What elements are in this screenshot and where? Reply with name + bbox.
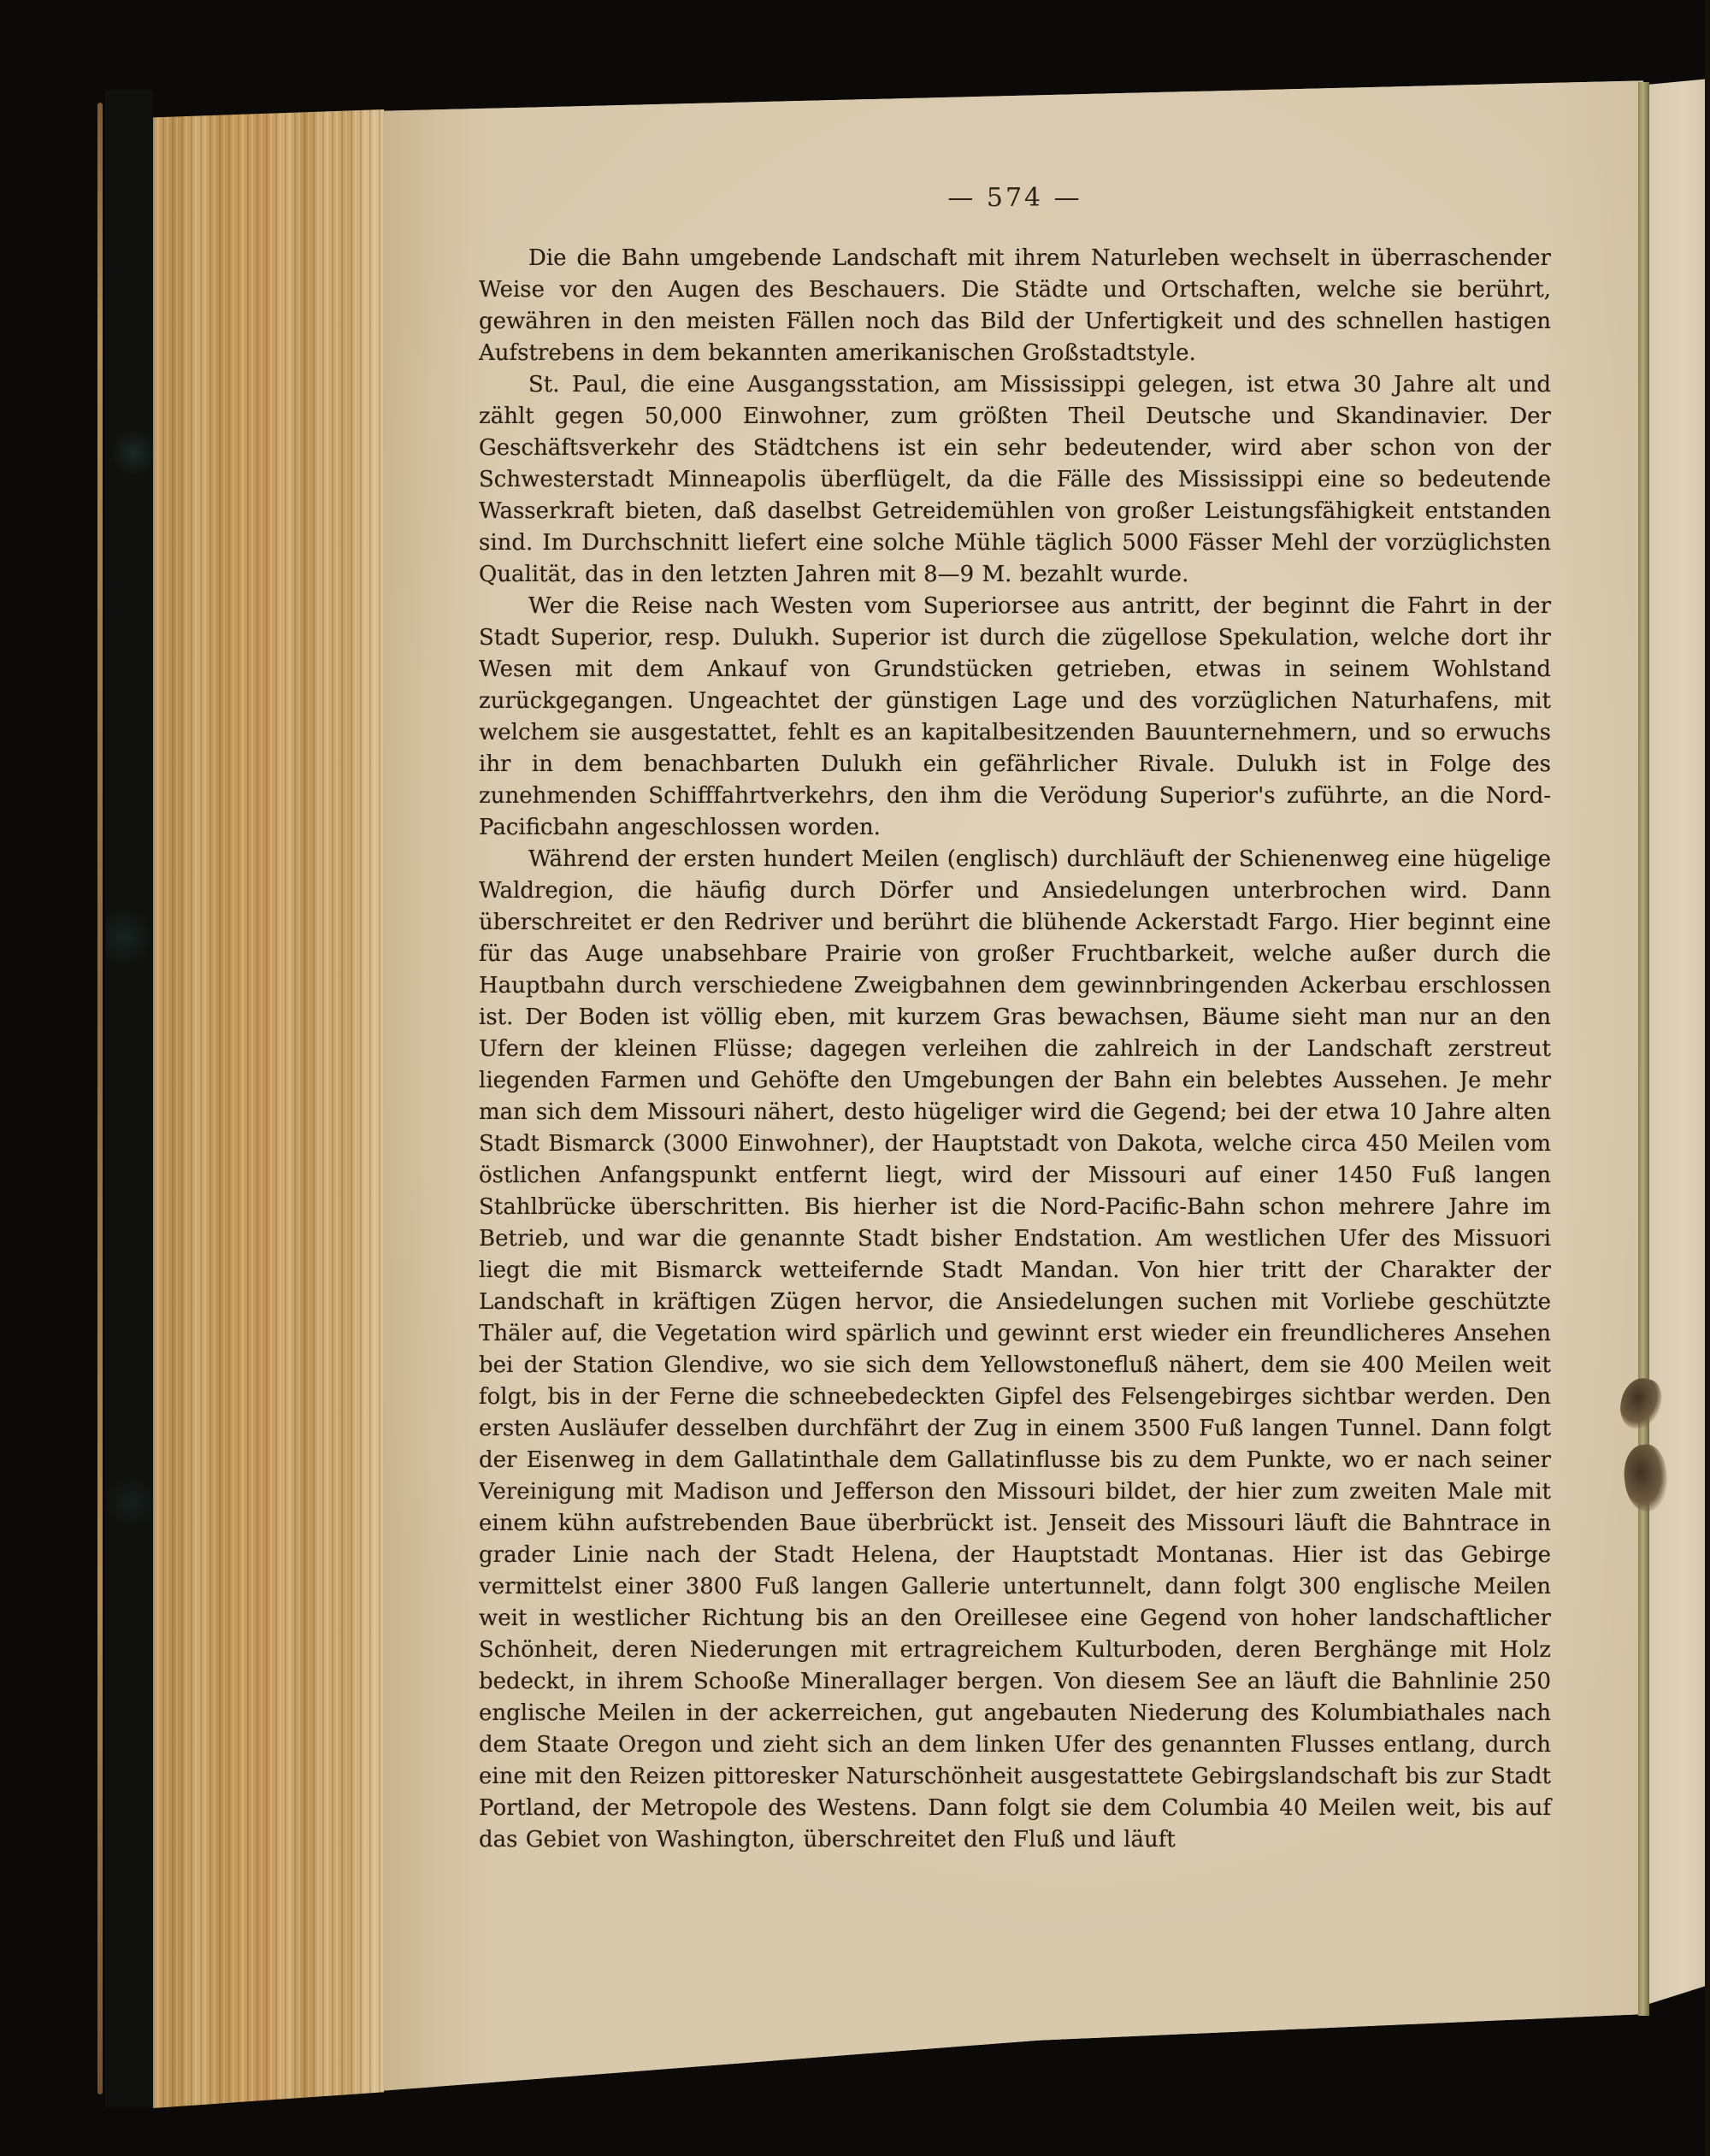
book-spine-edge bbox=[97, 103, 103, 2094]
page-number: — 574 — bbox=[479, 183, 1551, 213]
paragraph-route-west: Während der ersten hundert Meilen (engli… bbox=[479, 844, 1551, 1856]
page-gutter-crease bbox=[1638, 82, 1649, 2016]
scanned-book-page: — 574 — Die die Bahn umgebende Landschaf… bbox=[383, 79, 1643, 2093]
book-photograph: — 574 — Die die Bahn umgebende Landschaf… bbox=[0, 0, 1710, 2156]
paragraph-st-paul: St. Paul, die eine Ausgangsstation, am M… bbox=[479, 369, 1551, 591]
next-page-edge bbox=[1649, 79, 1710, 2004]
book-cover-board bbox=[105, 90, 153, 2107]
fanned-page-edges bbox=[153, 109, 384, 2108]
paragraph-superior-duluth: Wer die Reise nach Westen vom Superiorse… bbox=[479, 591, 1551, 844]
paragraph-landscape: Die die Bahn umgebende Landschaft mit ih… bbox=[479, 243, 1551, 369]
photo-right-edge bbox=[1705, 0, 1710, 2156]
body-text: Die die Bahn umgebende Landschaft mit ih… bbox=[479, 243, 1551, 1856]
